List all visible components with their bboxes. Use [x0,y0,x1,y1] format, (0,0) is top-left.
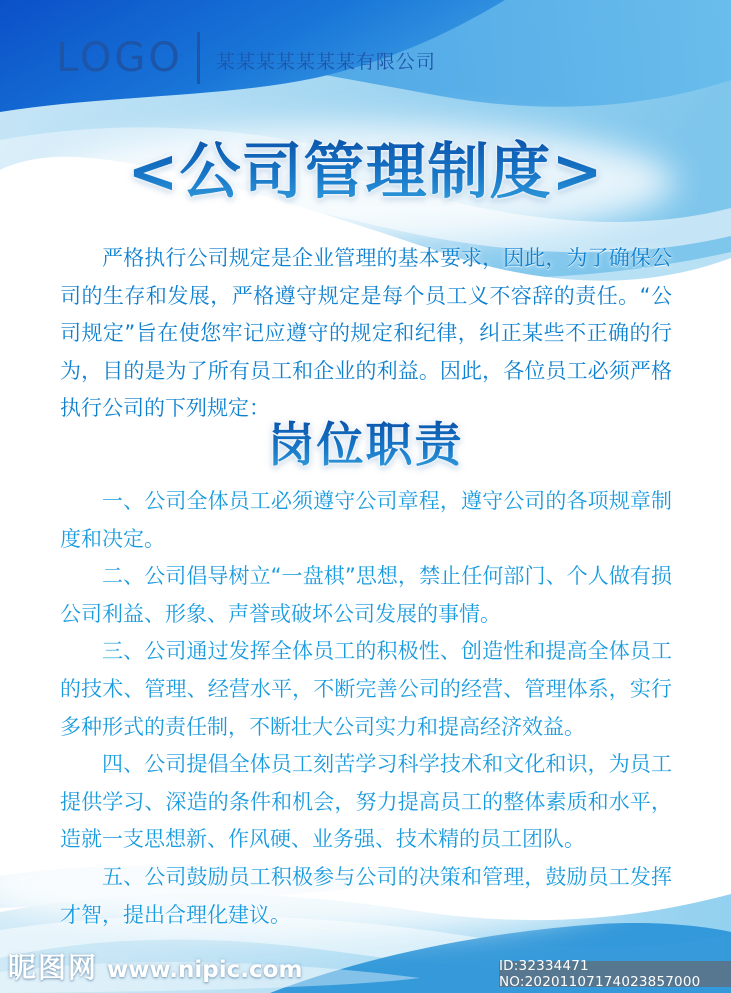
rules-list: 一、公司全体员工必须遵守公司章程，遵守公司的各项规章制度和决定。二、公司倡导树立… [60,483,672,934]
company-name: 某某某某某某某有限公司 [216,43,436,74]
nipic-url: www.nipic.com [107,957,302,983]
page-title: <公司管理制度> [0,134,731,210]
watermark-id-text: ID:32334471 NO:20201107174023857000 [499,958,731,990]
watermark-id-bar: ID:32334471 NO:20201107174023857000 [499,961,731,987]
logo-divider [197,32,200,84]
intro-paragraph: 严格执行公司规定是企业管理的基本要求，因此，为了确保公司的生存和发展，严格遵守规… [60,240,672,428]
section-title: 岗位职责 [0,418,731,474]
header: LOGO 某某某某某某某有限公司 [56,32,436,84]
poster: LOGO 某某某某某某某有限公司 <公司管理制度> 严格执行公司规定是企业管理的… [0,0,731,993]
rule-item: 三、公司通过发挥全体员工的积极性、创造性和提高全体员工的技术、管理、经营水平，不… [60,633,672,746]
logo-text: LOGO [56,38,183,78]
rule-item: 四、公司提倡全体员工刻苦学习科学技术和文化和识，为员工提供学习、深造的条件和机会… [60,746,672,859]
rule-item: 一、公司全体员工必须遵守公司章程，遵守公司的各项规章制度和决定。 [60,483,672,558]
watermark-site: 昵图网 www.nipic.com [8,946,302,986]
rule-item: 五、公司鼓励员工积极参与公司的决策和管理，鼓励员工发挥才智，提出合理化建议。 [60,859,672,934]
rule-item: 二、公司倡导树立“一盘棋”思想，禁止任何部门、个人做有损公司利益、形象、声誉或破… [60,558,672,633]
nipic-logo: 昵图网 [8,946,98,986]
